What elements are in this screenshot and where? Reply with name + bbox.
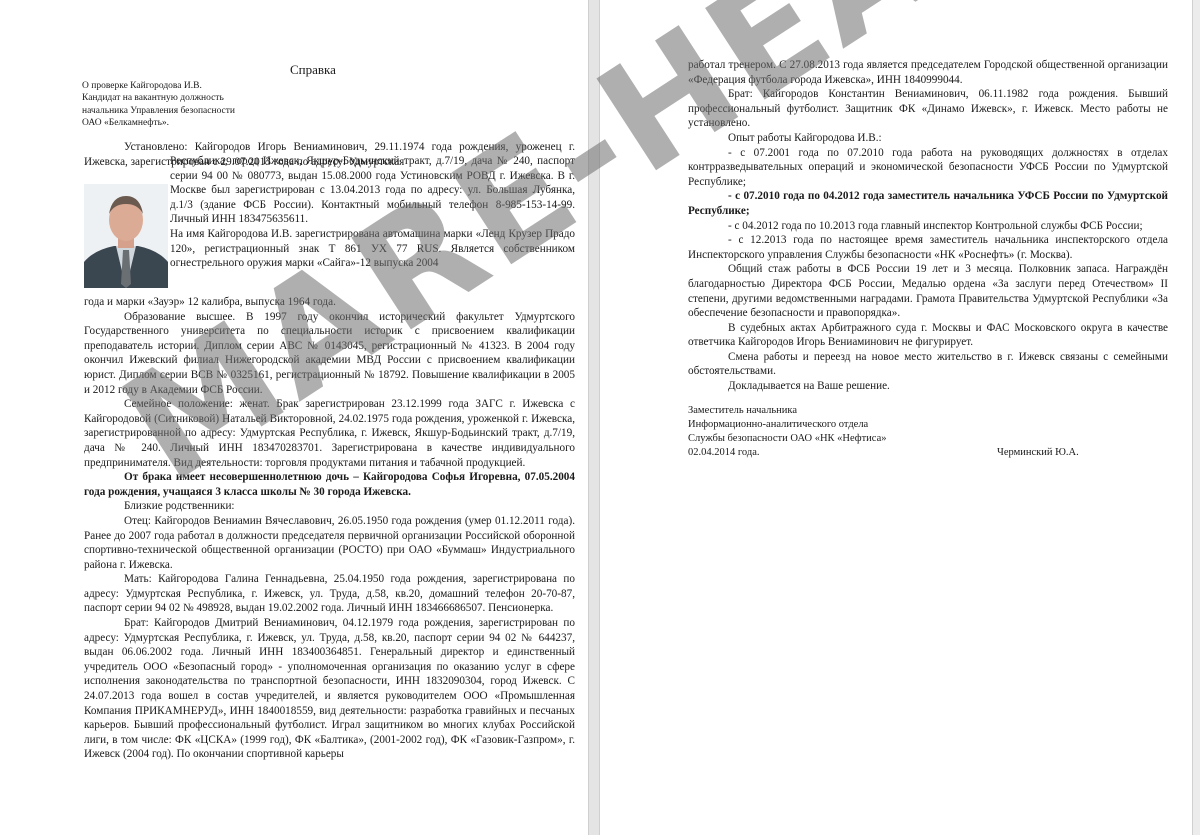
education-paragraph: Образование высшее. В 1997 году окончил … bbox=[84, 310, 575, 398]
subject-line: Кандидат на вакантную должность bbox=[82, 92, 235, 104]
document-title: Справка bbox=[290, 62, 336, 78]
relocation-paragraph: Смена работы и переезд на новое место жи… bbox=[688, 350, 1168, 379]
brother1-continued: работал тренером. С 27.08.2013 года явля… bbox=[688, 58, 1168, 87]
candidate-photo bbox=[84, 184, 168, 288]
document-subject: О проверке Кайгородова И.В. Кандидат на … bbox=[82, 80, 235, 129]
report-line: Докладывается на Ваше решение. bbox=[688, 379, 1168, 394]
signature-date: 02.04.2014 года. bbox=[688, 446, 887, 460]
main-text-left: года и марки «Зауэр» 12 калибра, выпуска… bbox=[84, 295, 575, 762]
daughter-paragraph: От брака имеет несовершеннолетнюю дочь –… bbox=[84, 470, 575, 499]
vehicle-weapons: На имя Кайгородова И.В. зарегистрирована… bbox=[170, 227, 575, 271]
service-paragraph: Общий стаж работы в ФСБ России 19 лет и … bbox=[688, 262, 1168, 320]
document-page-2: работал тренером. С 27.08.2013 года явля… bbox=[600, 0, 1192, 835]
experience-item: - с 12.2013 года по настоящее время заме… bbox=[688, 233, 1168, 262]
vehicle-tail: года и марки «Зауэр» 12 калибра, выпуска… bbox=[84, 295, 575, 310]
document-page-1: Справка О проверке Кайгородова И.В. Канд… bbox=[0, 0, 588, 835]
signer-name: Черминский Ю.А. bbox=[997, 446, 1079, 460]
signature-line: Заместитель начальника bbox=[688, 404, 887, 418]
viewer-right-edge bbox=[1192, 0, 1200, 835]
brother2-paragraph: Брат: Кайгородов Константин Вениаминович… bbox=[688, 87, 1168, 131]
signature-line: Службы безопасности ОАО «НК «Нефтиса» bbox=[688, 432, 887, 446]
mother-paragraph: Мать: Кайгородова Галина Геннадьевна, 25… bbox=[84, 572, 575, 616]
experience-item: - с 07.2001 года по 07.2010 года работа … bbox=[688, 146, 1168, 190]
signature-line: Информационно-аналитического отдела bbox=[688, 418, 887, 432]
brother1-paragraph: Брат: Кайгородов Дмитрий Вениаминович, 0… bbox=[84, 616, 575, 762]
subject-line: ОАО «Белкамнефть». bbox=[82, 117, 235, 129]
personal-details: Республика, город Ижевск, Якшур-Бодьинск… bbox=[170, 154, 575, 227]
main-text-right: работал тренером. С 27.08.2013 года явля… bbox=[688, 58, 1168, 394]
experience-item: - с 04.2012 года по 10.2013 года главный… bbox=[688, 219, 1168, 234]
subject-line: О проверке Кайгородова И.В. bbox=[82, 80, 235, 92]
intro-wrapped: Республика, город Ижевск, Якшур-Бодьинск… bbox=[170, 154, 575, 271]
portrait-image bbox=[84, 184, 168, 288]
experience-heading: Опыт работы Кайгородова И.В.: bbox=[688, 131, 1168, 146]
father-paragraph: Отец: Кайгородов Вениамин Вячеславович, … bbox=[84, 514, 575, 572]
signature-block: Заместитель начальника Информационно-ана… bbox=[688, 404, 887, 460]
court-paragraph: В судебных актах Арбитражного суда г. Мо… bbox=[688, 321, 1168, 350]
family-paragraph: Семейное положение: женат. Брак зарегист… bbox=[84, 397, 575, 470]
subject-line: начальника Управления безопасности bbox=[82, 105, 235, 117]
relatives-heading: Близкие родственники: bbox=[84, 499, 575, 514]
experience-item: - с 07.2010 года по 04.2012 года замести… bbox=[688, 189, 1168, 218]
page-gutter bbox=[588, 0, 600, 835]
